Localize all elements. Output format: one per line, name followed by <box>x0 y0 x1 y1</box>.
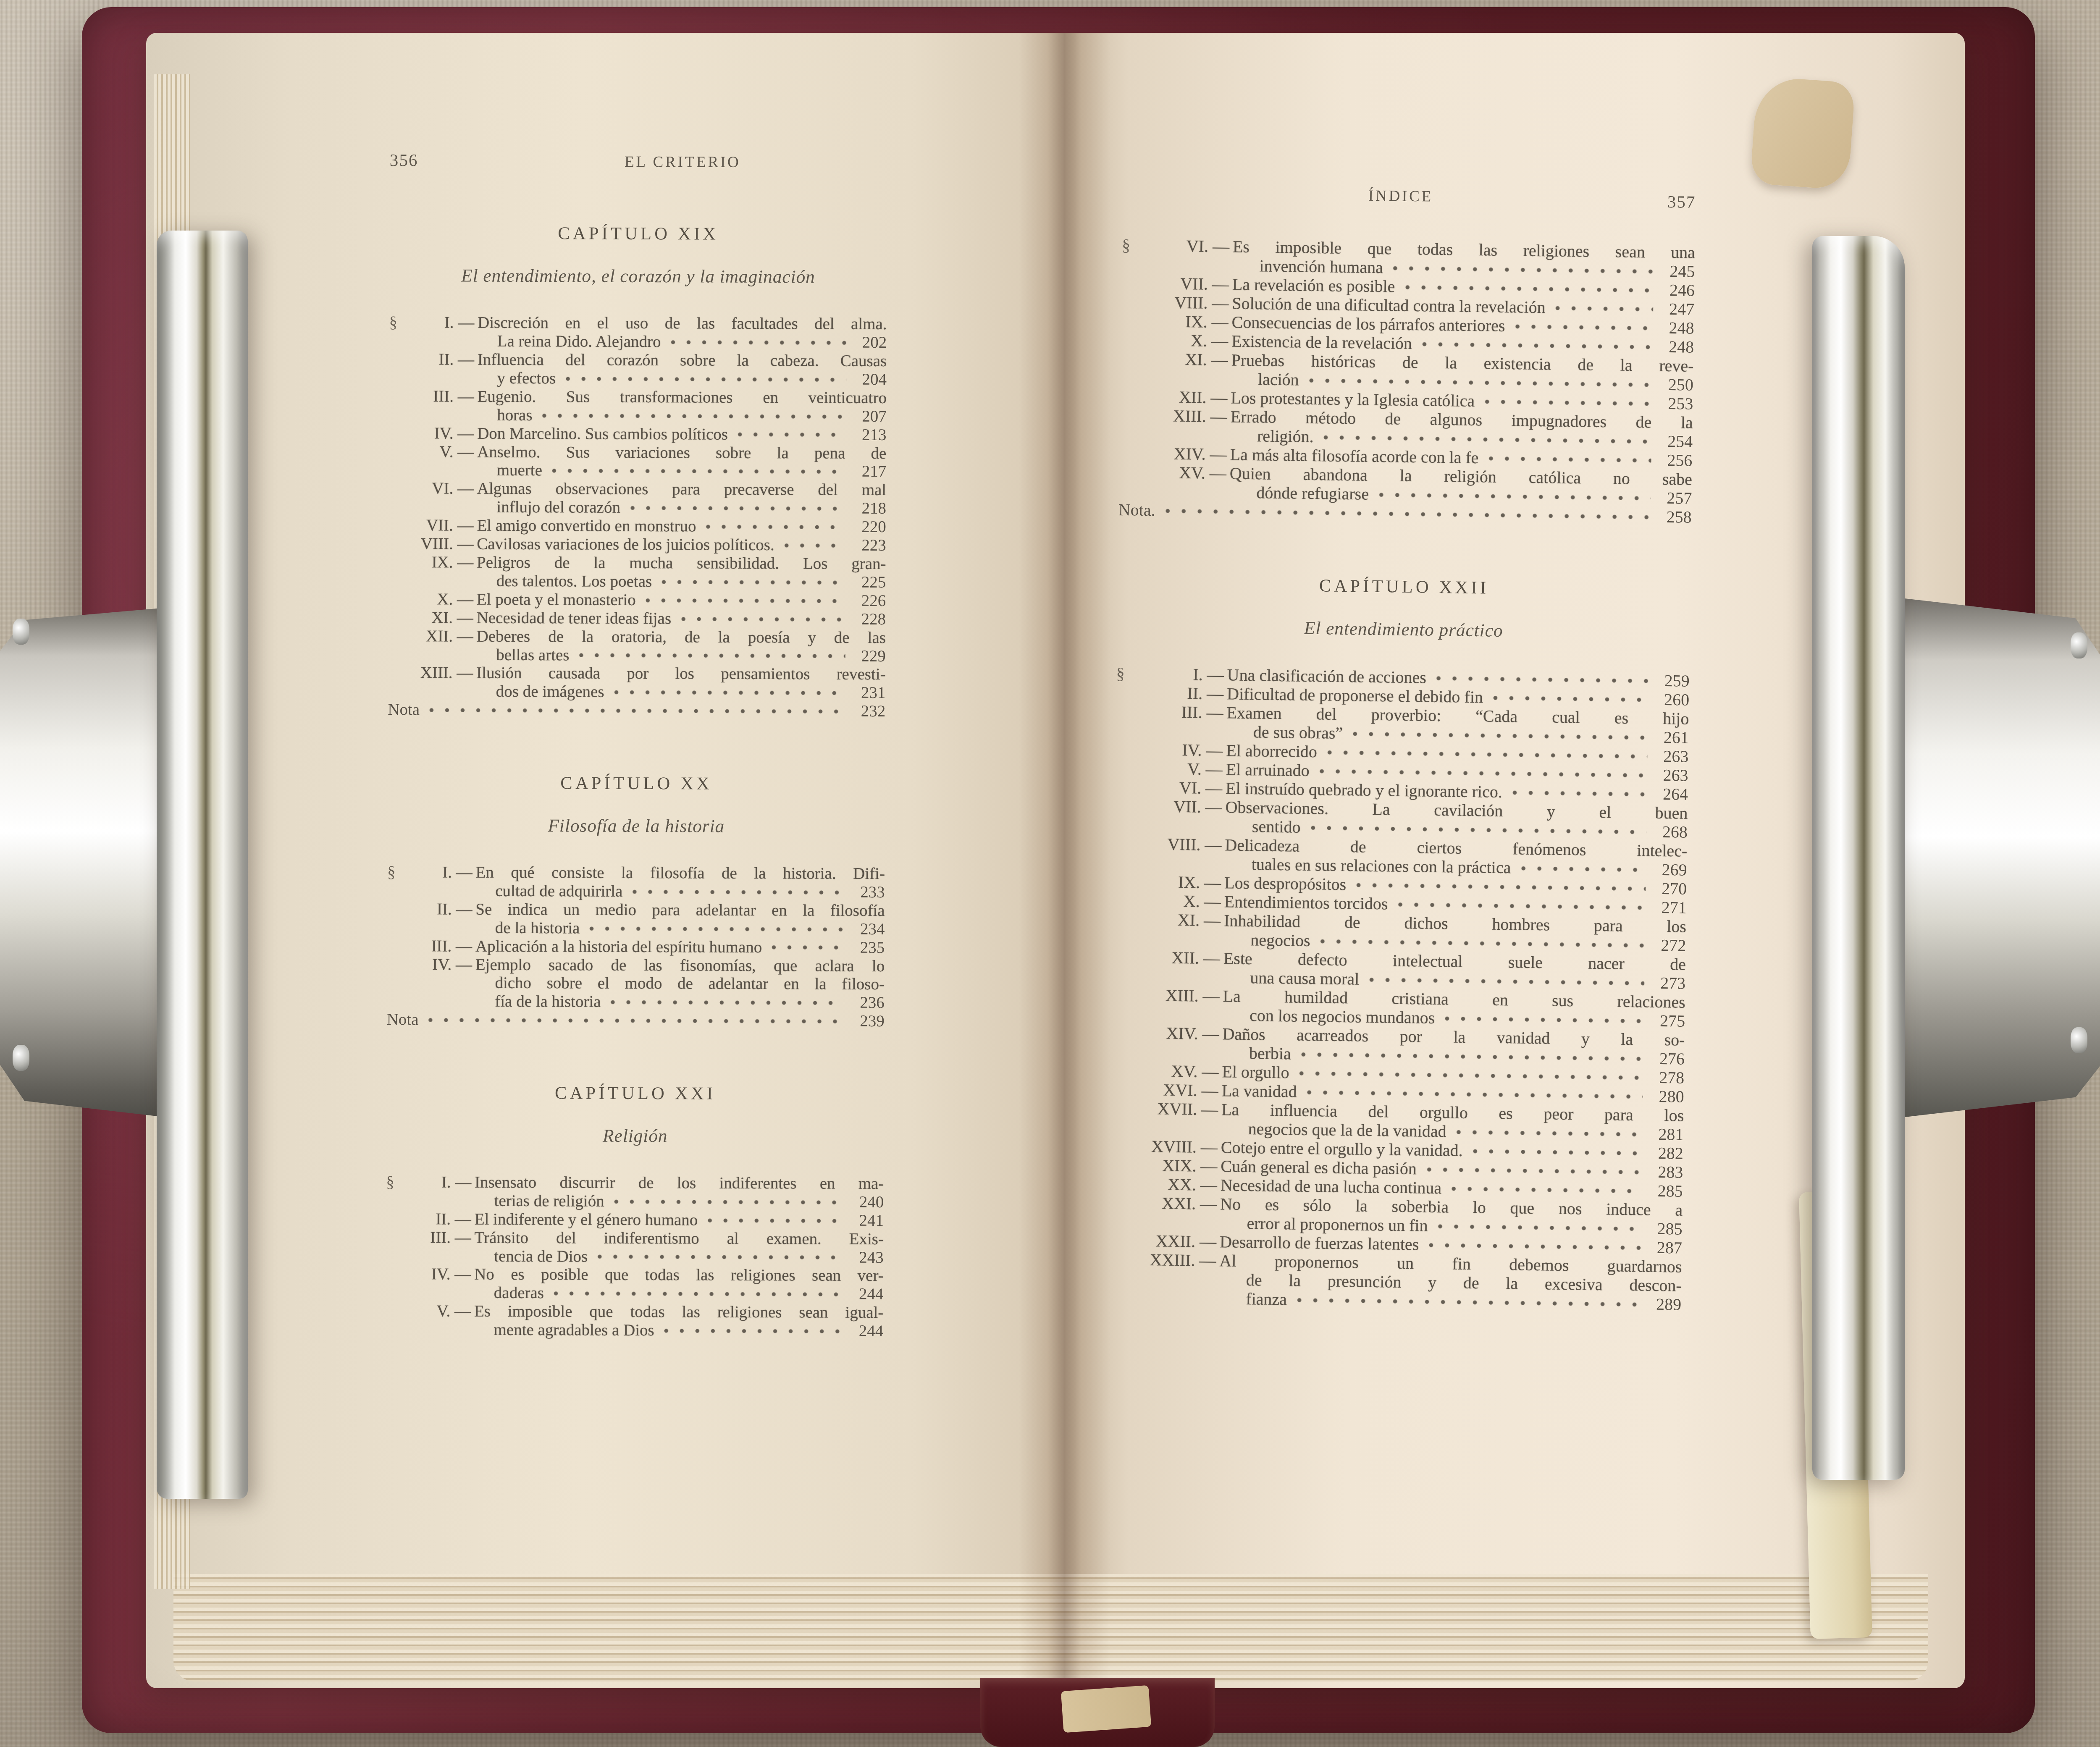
entry-indent <box>1111 1057 1249 1058</box>
entry-page-number: 236 <box>850 994 884 1012</box>
entry-page-number: 204 <box>852 370 887 389</box>
dot-leader <box>1395 896 1645 913</box>
entry-page-number: 256 <box>1657 450 1693 470</box>
right-clip-bar <box>1812 236 1905 1480</box>
toc-nota-row: Nota232 <box>388 700 885 721</box>
dot-leader <box>1433 669 1648 686</box>
chapter-title: CAPÍTULO XXI <box>386 1083 884 1104</box>
dot-leader <box>1482 393 1652 409</box>
entry-text: influjo del corazón <box>496 498 620 517</box>
entry-text: Una clasificación de acciones <box>1227 665 1426 687</box>
toc-entry-line: dicho sobre el modo de adelantar en la f… <box>386 973 884 994</box>
entry-number: XX. — <box>1134 1174 1221 1194</box>
dot-leader <box>1454 1123 1642 1139</box>
entry-page-number: 202 <box>852 333 887 352</box>
entry-number: VIII. — <box>413 535 477 553</box>
entry-page-number: 260 <box>1654 690 1689 709</box>
right-clip-pin-bottom <box>2071 1027 2087 1053</box>
toc-section: CAPÍTULO XXIReligión§I. —Insensato discu… <box>386 1083 884 1340</box>
dot-leader <box>1321 429 1651 446</box>
entry-number: XIII. — <box>412 664 476 682</box>
section-mark <box>1108 1246 1134 1246</box>
entry-page-number: 231 <box>851 684 885 702</box>
section-mark <box>1108 1264 1134 1265</box>
entry-page-number: 289 <box>1646 1294 1681 1314</box>
entry-text: Peligros de la mucha sensibilidad. Los g… <box>477 553 886 573</box>
entry-text: Necesidad de tener ideas fijas <box>476 609 671 628</box>
entry-indent <box>1109 1227 1247 1228</box>
entry-indent <box>1114 830 1252 832</box>
entry-text: El poeta y el monasterio <box>476 590 635 609</box>
entry-page-number: 244 <box>849 1285 883 1304</box>
entry-page-number: 272 <box>1651 935 1686 955</box>
section-mark <box>1109 1208 1134 1208</box>
chapter-title: CAPÍTULO XXII <box>1117 573 1690 600</box>
dot-leader <box>595 1249 843 1262</box>
entry-text: El arruinado <box>1226 760 1309 780</box>
section-mark <box>1112 1000 1137 1000</box>
entry-number: VII. — <box>413 516 477 535</box>
entry-number: V. — <box>1140 758 1226 779</box>
entry-text: Existencia de la revelación <box>1231 331 1412 353</box>
toc-entry-line: des talentos. Los poetas225 <box>388 572 886 592</box>
entry-page-number: 244 <box>849 1322 883 1340</box>
entry-text: Los protestantes y la Iglesia católica <box>1231 388 1475 410</box>
section-mark <box>1114 811 1139 811</box>
entry-number: XIX. — <box>1135 1155 1221 1175</box>
dot-leader <box>1350 725 1648 742</box>
entry-text: religión. <box>1257 426 1313 446</box>
section-mark <box>1110 1151 1135 1152</box>
entry-page-number: 258 <box>1656 507 1692 526</box>
toc-entry-line: §I. —En qué consiste la filosofía de la … <box>387 863 885 883</box>
entry-number: III. — <box>410 1228 474 1247</box>
toc-entry-line: III. —Eugenio. Sus transformaciones en v… <box>388 387 886 407</box>
entry-text: El amigo convertido en monstruo <box>477 517 696 536</box>
left-clip-bar <box>157 231 248 1499</box>
dot-leader <box>1318 933 1645 950</box>
entry-page-number: 253 <box>1658 393 1693 413</box>
toc-entry-line: III. —Aplicación a la historia del espír… <box>387 936 885 957</box>
toc-entry-line: III. —Tránsito del indiferentismo al exa… <box>386 1228 883 1248</box>
toc-section: CAPÍTULO XXFilosofía de la historia§I. —… <box>386 774 885 1031</box>
dot-leader <box>643 592 845 606</box>
entry-page-number: 217 <box>852 462 886 481</box>
entry-page-number: 225 <box>851 573 886 592</box>
entry-indent <box>387 896 495 896</box>
entry-number: XI. — <box>412 609 476 627</box>
dot-leader <box>1419 336 1653 352</box>
dot-leader <box>769 939 844 952</box>
entry-text: El indiferente y el género humano <box>474 1210 698 1229</box>
right-page-header: ÍNDICE 357 <box>1122 185 1696 212</box>
entry-text: con los negocios mundanos <box>1249 1006 1435 1027</box>
entry-indent <box>1108 1283 1246 1285</box>
entry-number: XIV. — <box>1144 443 1230 464</box>
entry-page-number: 240 <box>849 1193 884 1212</box>
entry-text: Desarrollo de fuerzas latentes <box>1219 1232 1419 1254</box>
entry-number: IX. — <box>1146 311 1232 331</box>
toc-entry-line: VI. —Algunas observaciones para precaver… <box>388 479 886 499</box>
entry-text: Discreción en el uso de las facultades d… <box>478 314 887 333</box>
toc-entry-line: de la historia234 <box>387 918 885 939</box>
toc-entry-line: XII. —Deberes de la oratoria, de la poes… <box>388 627 885 647</box>
entry-text: y efectos <box>497 369 556 388</box>
entry-text: Anselmo. Sus variaciones sobre la pena d… <box>477 443 886 462</box>
toc-entry-line: V. —Anselmo. Sus variaciones sobre la pe… <box>388 442 886 462</box>
entry-number: XII. — <box>412 627 476 645</box>
dot-leader <box>426 1012 844 1026</box>
entry-number: V. — <box>413 443 477 461</box>
entry-page-number: 248 <box>1659 318 1694 337</box>
dot-leader <box>1509 784 1647 799</box>
entry-number: II. — <box>412 900 475 918</box>
toc-entry-line: VIII. —Cavilosas variaciones de los juic… <box>388 535 886 555</box>
entry-indent <box>389 383 497 383</box>
entry-page-number: 207 <box>852 407 886 425</box>
dot-leader <box>1308 819 1646 837</box>
section-mark <box>1110 1113 1136 1114</box>
entry-text: Necesidad de una lucha continua <box>1220 1175 1441 1197</box>
entry-text: berbia <box>1249 1044 1291 1063</box>
toc-entry-line: V. —Es imposible que todas las religione… <box>386 1302 883 1322</box>
entry-text: negocios que la de la vanidad <box>1248 1119 1446 1141</box>
entry-indent <box>388 659 496 660</box>
toc-entry-line: fía de la historia236 <box>386 992 884 1012</box>
section-mark <box>1120 401 1145 402</box>
section-mark <box>1115 754 1140 755</box>
entry-page-number: 246 <box>1659 280 1695 299</box>
entry-page-number: 213 <box>852 425 886 444</box>
section-mark <box>1112 962 1137 963</box>
entry-text: Don Marcelino. Sus cambios políticos <box>477 424 728 443</box>
section-mark: § <box>1116 664 1142 683</box>
running-header-left: EL CRITERIO <box>448 152 917 172</box>
entry-text: Tránsito del indiferentismo al examen. E… <box>474 1228 884 1248</box>
book <box>82 7 2035 1733</box>
entry-page-number: 263 <box>1653 746 1689 766</box>
dot-leader <box>1449 1180 1642 1196</box>
section-mark <box>1109 1189 1134 1189</box>
entry-text: dónde refugiarse <box>1256 483 1369 503</box>
entry-text: No es posible que todas las religiones s… <box>474 1265 884 1285</box>
entry-text: El aborrecido <box>1226 741 1317 761</box>
right-clip-arm <box>1896 598 2100 1118</box>
entry-text: sentido <box>1252 817 1300 837</box>
entry-page-number: 264 <box>1652 784 1688 803</box>
dot-leader <box>1553 299 1653 314</box>
nota-label: Nota. <box>1118 500 1155 519</box>
entry-page-number: 226 <box>851 592 886 610</box>
entry-number: VIII. — <box>1146 292 1232 312</box>
entry-number: II. — <box>413 350 477 369</box>
toc-section: CAPÍTULO XXIIEl entendimiento práctico§I… <box>1108 573 1691 1314</box>
entry-text: fía de la historia <box>495 992 601 1011</box>
entry-indent <box>388 696 496 697</box>
entry-indent <box>1118 496 1256 498</box>
toc-entry-line: bellas artes229 <box>388 645 885 665</box>
entry-indent <box>1119 439 1257 441</box>
section-mark: § <box>386 1173 411 1191</box>
entry-indent <box>1113 943 1250 945</box>
entry-number: XI. — <box>1138 910 1224 930</box>
entry-page-number: 285 <box>1647 1181 1683 1200</box>
entry-number: IV. — <box>411 955 475 974</box>
dot-leader <box>1306 372 1652 390</box>
section-mark <box>1115 792 1140 792</box>
entry-text: Entendimientos torcidos <box>1224 892 1388 913</box>
dot-leader <box>782 537 846 551</box>
entry-indent <box>387 933 495 933</box>
dot-leader <box>1304 1083 1643 1102</box>
section-mark <box>1110 1170 1135 1170</box>
dot-leader <box>1376 486 1651 503</box>
entry-number: II. — <box>1141 683 1227 703</box>
toc-entry-line: II. —Se indica un medio para adelantar e… <box>387 900 885 920</box>
entry-text: tuales en sus relaciones con la práctica <box>1251 855 1511 877</box>
entry-text: invención humana <box>1259 256 1383 277</box>
entry-page-number: 276 <box>1649 1049 1685 1068</box>
entry-page-number: 285 <box>1647 1219 1683 1238</box>
section-mark: § <box>389 313 414 332</box>
right-clip-pin-top <box>2071 632 2087 658</box>
entry-text: Cotejo entre el orgullo y la vanidad. <box>1221 1138 1462 1160</box>
toc-entry-line: IV. —Don Marcelino. Sus cambios político… <box>388 424 886 444</box>
entry-page-number: 287 <box>1646 1238 1682 1257</box>
toc-entry-line: VII. —El amigo convertido en monstruo220 <box>388 516 886 536</box>
toc-entry-line: cultad de adquirirla233 <box>387 881 885 902</box>
toc-entry-line: daderas244 <box>386 1283 883 1304</box>
dot-leader <box>551 1285 843 1299</box>
section-mark <box>1113 924 1138 925</box>
dot-leader <box>630 884 844 897</box>
dot-leader <box>735 426 846 440</box>
entry-number: VI. — <box>1147 236 1233 256</box>
entry-text: fianza <box>1246 1289 1287 1309</box>
left-clip-pin-bottom <box>13 1045 29 1071</box>
entry-page-number: 273 <box>1650 973 1685 992</box>
entry-text: dicho sobre el modo de adelantar en la f… <box>495 974 885 994</box>
photo-open-book: 356 EL CRITERIO CAPÍTULO XIXEl entendimi… <box>0 0 2100 1747</box>
entry-page-number: 268 <box>1652 822 1688 841</box>
dot-leader <box>577 647 845 661</box>
entry-page-number: 220 <box>851 518 886 536</box>
entry-number: V. — <box>410 1302 474 1320</box>
entry-text: La revelación es posible <box>1232 275 1395 296</box>
entry-indent <box>386 1335 493 1335</box>
toc-entry-line: §I. —Insensato discurrir de los indifere… <box>386 1173 884 1193</box>
entry-number: I. — <box>1141 664 1227 684</box>
entry-number: XV. — <box>1136 1061 1222 1081</box>
dot-leader <box>1390 260 1654 276</box>
section-mark <box>1119 458 1144 459</box>
entry-page-number: 241 <box>849 1211 884 1230</box>
entry-page-number: 278 <box>1649 1068 1685 1087</box>
entry-page-number: 245 <box>1659 261 1695 281</box>
entry-number: XXIII. — <box>1134 1250 1220 1270</box>
entry-text: una causa moral <box>1250 968 1359 988</box>
toc-entry-line: mente agradables a Dios244 <box>386 1320 883 1340</box>
entry-text: tencia de Dios <box>494 1247 588 1266</box>
dot-leader <box>427 702 845 716</box>
section-mark <box>1121 345 1146 345</box>
entry-number: VII. — <box>1146 273 1232 294</box>
dot-leader <box>1490 689 1648 705</box>
chapter-subtitle: Religión <box>386 1126 884 1146</box>
entry-text: lación <box>1257 370 1299 389</box>
toc-entry-line: XI. —Necesidad de tener ideas fijas228 <box>388 609 886 629</box>
dot-leader <box>1518 860 1646 875</box>
left-page-number: 356 <box>389 151 418 170</box>
entry-page-number: 261 <box>1653 727 1689 747</box>
entry-number: I. — <box>413 313 477 332</box>
toc-entry-line: II. —El indiferente y el género humano24… <box>386 1210 884 1230</box>
left-page-header: 356 EL CRITERIO <box>389 151 887 172</box>
chapter-subtitle: El entendimiento práctico <box>1116 616 1690 643</box>
toc-entry-line: IX. —Peligros de la mucha sensibilidad. … <box>388 553 886 573</box>
dot-leader <box>1470 1142 1642 1158</box>
toc-entry-line: X. —El poeta y el monasterio226 <box>388 590 886 610</box>
entry-text: negocios <box>1250 930 1310 950</box>
entry-number: XV. — <box>1144 462 1230 483</box>
entry-text: daderas <box>493 1284 543 1302</box>
entry-text: Se indica un medio para adelantar en la … <box>475 900 885 920</box>
toc-nota-row: Nota239 <box>386 1010 884 1031</box>
entry-text: cultad de adquirirla <box>495 882 622 901</box>
dot-leader <box>678 611 845 624</box>
entry-text: En qué consiste la filosofía de la histo… <box>475 863 885 883</box>
entry-number: XXI. — <box>1134 1193 1220 1213</box>
entry-page-number: 263 <box>1653 765 1688 784</box>
entry-indent <box>1112 981 1250 983</box>
chapter-subtitle: Filosofía de la historia <box>387 816 885 836</box>
toc-entry-line: §I. —Discreción en el uso de las faculta… <box>389 313 887 333</box>
toc-section: CAPÍTULO XIXEl entendimiento, el corazón… <box>388 224 887 721</box>
entry-text: Deberes de la oratoria, de la poesía y d… <box>476 627 886 647</box>
section-mark <box>1115 773 1140 774</box>
entry-page-number: 269 <box>1651 860 1687 879</box>
entry-text: Ilusión causada por los pensamientos rev… <box>476 664 886 684</box>
dot-leader <box>659 574 845 588</box>
entry-text: Insensato discurrir de los indiferentes … <box>474 1173 884 1193</box>
entry-number: IX. — <box>412 553 476 572</box>
section-mark <box>1121 288 1146 289</box>
entry-page-number: 281 <box>1648 1124 1684 1144</box>
entry-text: Eugenio. Sus transformaciones en veintic… <box>477 387 887 407</box>
entry-number: I. — <box>412 863 475 881</box>
entry-text: Los despropósitos <box>1224 873 1346 894</box>
dot-leader <box>1426 1236 1641 1253</box>
dot-leader <box>612 1193 844 1207</box>
entry-indent <box>388 512 496 512</box>
entry-indent <box>388 475 496 475</box>
entry-number: III. — <box>411 937 475 955</box>
chapter-title: CAPÍTULO XX <box>387 774 885 794</box>
dot-leader <box>705 1212 843 1225</box>
entry-text: horas <box>497 406 533 424</box>
toc-entry-line: XIII. —Ilusión causada por los pensamien… <box>388 664 885 684</box>
entry-page-number: 232 <box>851 702 885 721</box>
toc-entry-line: influjo del corazón218 <box>388 498 886 518</box>
entry-number: XVIII. — <box>1135 1136 1221 1157</box>
entry-number: II. — <box>410 1210 474 1228</box>
toc-entries: §I. —En qué consiste la filosofía de la … <box>386 863 885 1031</box>
entry-text: La vanidad <box>1221 1081 1297 1101</box>
dot-leader <box>1442 1010 1644 1026</box>
section-mark <box>1119 420 1144 421</box>
dot-leader <box>1402 278 1654 295</box>
entry-number: IV. — <box>410 1265 474 1284</box>
entry-number: VI. — <box>413 479 477 498</box>
entry-page-number: 250 <box>1658 375 1693 394</box>
entry-number: XXII. — <box>1134 1231 1220 1251</box>
entry-number: IX. — <box>1139 872 1225 892</box>
dot-leader <box>1512 318 1653 333</box>
left-page: 356 EL CRITERIO CAPÍTULO XIXEl entendimi… <box>386 151 887 1348</box>
entry-indent <box>1108 1302 1246 1304</box>
dot-leader <box>540 407 846 422</box>
entry-text: de la historia <box>495 918 580 937</box>
right-page: ÍNDICE 357 §VI. —Es imposible que todas … <box>1108 185 1696 1321</box>
section-mark <box>1113 905 1138 906</box>
toc-entry-line: La reina Dido. Alejandro202 <box>389 332 887 352</box>
entry-number: XIV. — <box>1137 1023 1223 1043</box>
entry-text: La más alta filosofía acorde con la fe <box>1230 445 1478 467</box>
entry-indent <box>1115 735 1253 737</box>
entry-number: VII. — <box>1139 796 1226 816</box>
entry-indent <box>1110 1132 1248 1134</box>
toc-entry-line: IV. —Ejemplo sacado de las fisonomías, q… <box>387 955 885 975</box>
toc-entry-line: muerte217 <box>388 461 886 481</box>
toc-entry-line: terias de religión240 <box>386 1191 884 1212</box>
entry-indent <box>386 1261 493 1261</box>
section-mark: § <box>1121 235 1147 254</box>
entry-text: Algunas observaciones para precaverse de… <box>477 480 886 499</box>
section-mark <box>1121 307 1146 307</box>
entry-number: XVI. — <box>1136 1080 1222 1100</box>
entry-indent <box>388 586 496 586</box>
entry-text: La reina Dido. Alejandro <box>497 332 661 351</box>
dot-leader <box>703 518 846 532</box>
entry-number: I. — <box>410 1173 474 1191</box>
entry-text: Dificultad de proponerse el debido fin <box>1226 684 1483 706</box>
nota-label: Nota <box>386 1010 418 1029</box>
entry-number: XIII. — <box>1144 406 1231 426</box>
dot-leader <box>1486 450 1651 465</box>
entry-number: X. — <box>1145 330 1231 350</box>
entry-indent <box>1113 868 1251 869</box>
entry-number: XVII. — <box>1135 1099 1221 1119</box>
dot-leader <box>1354 876 1646 894</box>
left-clip-pin-top <box>13 619 29 645</box>
entry-indent <box>386 1298 493 1298</box>
entry-page-number: 257 <box>1656 488 1692 507</box>
entry-page-number: 243 <box>849 1248 883 1267</box>
section-mark <box>1118 477 1144 477</box>
toc-entry-line: II. —Influencia del corazón sobre la cab… <box>389 350 887 370</box>
entry-page-number: 218 <box>852 499 886 518</box>
entry-page-number: 228 <box>851 610 886 628</box>
entry-indent <box>389 346 497 346</box>
entry-number: XII. — <box>1137 947 1223 968</box>
nota-label: Nota <box>388 700 420 719</box>
entry-page-number: 247 <box>1659 299 1694 318</box>
entry-number: IV. — <box>413 424 477 443</box>
section-mark <box>1116 716 1141 717</box>
entry-text: Ejemplo sacado de las fisonomías, que ac… <box>475 955 885 975</box>
dot-leader <box>1424 1161 1642 1177</box>
toc-entry-line: y efectos204 <box>389 369 887 389</box>
